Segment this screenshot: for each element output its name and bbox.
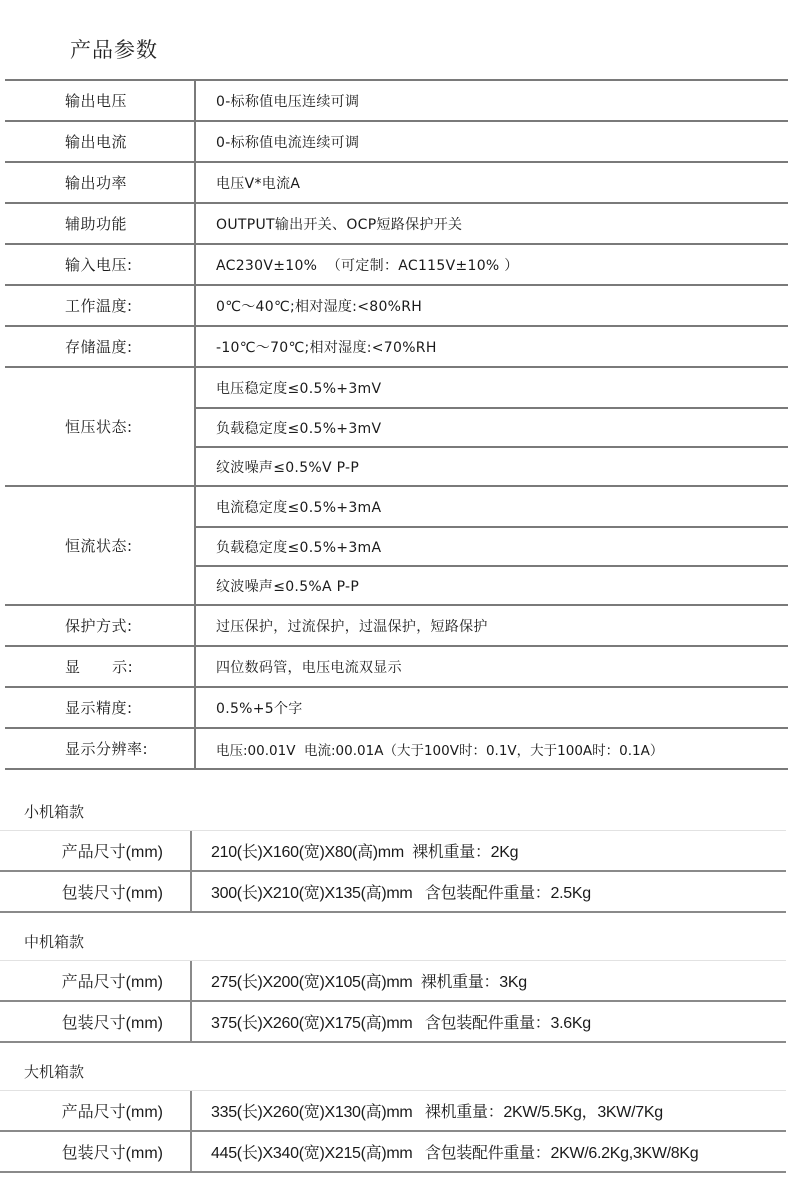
size-row-product: 产品尺寸(mm) 335(长)X260(宽)X130(高)mm 裸机重量：2KW… [0, 1091, 786, 1132]
spec-value: 负载稳定度≤0.5%+3mV [196, 407, 788, 446]
spec-row-input-voltage: 输入电压: AC230V±10% （可定制：AC115V±10% ） [5, 245, 788, 286]
spec-row-operating-temp: 工作温度: 0℃～40℃;相对湿度:<80%RH [5, 286, 788, 327]
spec-value: 电压稳定度≤0.5%+3mV [196, 368, 788, 407]
size-value: 445(长)X340(宽)X215(高)mm 含包装配件重量：2KW/6.2Kg… [192, 1132, 786, 1171]
spec-label: 保护方式: [5, 606, 196, 645]
size-row-package: 包装尺寸(mm) 375(长)X260(宽)X175(高)mm 含包装配件重量：… [0, 1002, 786, 1043]
size-value: 275(长)X200(宽)X105(高)mm 裸机重量：3Kg [192, 961, 786, 1000]
spec-label: 工作温度: [5, 286, 196, 325]
section-title-large-chassis: 大机箱款 [24, 1061, 84, 1082]
spec-value: -10℃～70℃;相对湿度:<70%RH [196, 327, 788, 366]
spec-row-cc-state: 恒流状态: 电流稳定度≤0.5%+3mA 负载稳定度≤0.5%+3mA 纹波噪声… [5, 487, 788, 606]
spec-label: 输出电压 [5, 81, 196, 120]
size-label: 产品尺寸(mm) [0, 961, 192, 1000]
spec-label: 存储温度: [5, 327, 196, 366]
spec-label: 显示分辨率: [5, 729, 196, 768]
size-label: 产品尺寸(mm) [0, 1091, 192, 1130]
spec-label: 显 示: [5, 647, 196, 686]
spec-label: 辅助功能 [5, 204, 196, 243]
spec-value: 纹波噪声≤0.5%A P-P [196, 565, 788, 604]
section-title-medium-chassis: 中机箱款 [24, 931, 84, 952]
size-table-large-chassis: 产品尺寸(mm) 335(长)X260(宽)X130(高)mm 裸机重量：2KW… [0, 1090, 786, 1173]
spec-row-aux-function: 辅助功能 OUTPUT输出开关、OCP短路保护开关 [5, 204, 788, 245]
section-title-small-chassis: 小机箱款 [24, 801, 84, 822]
size-row-package: 包装尺寸(mm) 300(长)X210(宽)X135(高)mm 含包装配件重量：… [0, 872, 786, 913]
spec-value: 0-标称值电流连续可调 [196, 122, 788, 161]
spec-value: 电流稳定度≤0.5%+3mA [196, 487, 788, 526]
spec-value: 0-标称值电压连续可调 [196, 81, 788, 120]
spec-value: 负载稳定度≤0.5%+3mA [196, 526, 788, 565]
spec-value: 四位数码管，电压电流双显示 [196, 647, 788, 686]
size-label: 包装尺寸(mm) [0, 872, 192, 911]
size-label: 包装尺寸(mm) [0, 1002, 192, 1041]
spec-row-display-resolution: 显示分辨率: 电压:00.01V 电流:00.01A（大于100V时：0.1V，… [5, 729, 788, 770]
size-value: 375(长)X260(宽)X175(高)mm 含包装配件重量：3.6Kg [192, 1002, 786, 1041]
spec-value: 0℃～40℃;相对湿度:<80%RH [196, 286, 788, 325]
spec-row-output-voltage: 输出电压 0-标称值电压连续可调 [5, 81, 788, 122]
spec-label: 显示精度: [5, 688, 196, 727]
size-table-medium-chassis: 产品尺寸(mm) 275(长)X200(宽)X105(高)mm 裸机重量：3Kg… [0, 960, 786, 1043]
size-row-product: 产品尺寸(mm) 275(长)X200(宽)X105(高)mm 裸机重量：3Kg [0, 961, 786, 1002]
spec-row-output-current: 输出电流 0-标称值电流连续可调 [5, 122, 788, 163]
spec-value: AC230V±10% （可定制：AC115V±10% ） [196, 245, 788, 284]
size-label: 产品尺寸(mm) [0, 831, 192, 870]
size-row-product: 产品尺寸(mm) 210(长)X160(宽)X80(高)mm 裸机重量：2Kg [0, 831, 786, 872]
spec-label: 输出电流 [5, 122, 196, 161]
size-value: 300(长)X210(宽)X135(高)mm 含包装配件重量：2.5Kg [192, 872, 786, 911]
spec-value: OUTPUT输出开关、OCP短路保护开关 [196, 204, 788, 243]
size-table-small-chassis: 产品尺寸(mm) 210(长)X160(宽)X80(高)mm 裸机重量：2Kg … [0, 830, 786, 913]
spec-value: 电压:00.01V 电流:00.01A（大于100V时：0.1V，大于100A时… [196, 729, 788, 768]
spec-label: 输出功率 [5, 163, 196, 202]
size-label: 包装尺寸(mm) [0, 1132, 192, 1171]
size-row-package: 包装尺寸(mm) 445(长)X340(宽)X215(高)mm 含包装配件重量：… [0, 1132, 786, 1173]
spec-label: 恒压状态: [5, 368, 196, 485]
spec-row-display-accuracy: 显示精度: 0.5%+5个字 [5, 688, 788, 729]
spec-label: 输入电压: [5, 245, 196, 284]
size-value: 335(长)X260(宽)X130(高)mm 裸机重量：2KW/5.5Kg，3K… [192, 1091, 786, 1130]
spec-value: 电压V*电流A [196, 163, 788, 202]
page-title: 产品参数 [70, 34, 158, 64]
spec-row-output-power: 输出功率 电压V*电流A [5, 163, 788, 204]
spec-row-storage-temp: 存储温度: -10℃～70℃;相对湿度:<70%RH [5, 327, 788, 368]
spec-value: 纹波噪声≤0.5%V P-P [196, 446, 788, 485]
spec-value: 0.5%+5个字 [196, 688, 788, 727]
size-value: 210(长)X160(宽)X80(高)mm 裸机重量：2Kg [192, 831, 786, 870]
spec-label: 恒流状态: [5, 487, 196, 604]
spec-value: 过压保护，过流保护，过温保护，短路保护 [196, 606, 788, 645]
spec-row-cv-state: 恒压状态: 电压稳定度≤0.5%+3mV 负载稳定度≤0.5%+3mV 纹波噪声… [5, 368, 788, 487]
spec-table: 输出电压 0-标称值电压连续可调 输出电流 0-标称值电流连续可调 输出功率 电… [5, 79, 788, 770]
spec-row-display: 显 示: 四位数码管，电压电流双显示 [5, 647, 788, 688]
spec-row-protection: 保护方式: 过压保护，过流保护，过温保护，短路保护 [5, 606, 788, 647]
